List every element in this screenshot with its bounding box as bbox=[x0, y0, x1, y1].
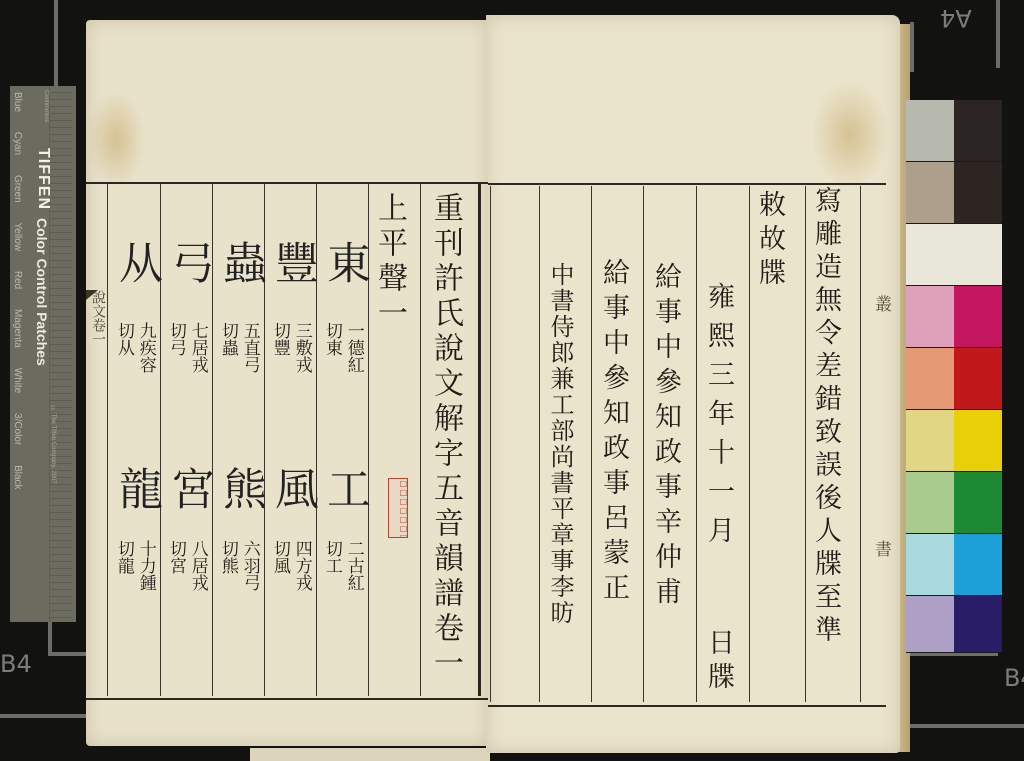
fanqie: 切豐 bbox=[270, 322, 288, 373]
seal-character: 熊 bbox=[218, 466, 262, 510]
text-column: 寫雕造無令差錯致誤後人牒至準 bbox=[812, 186, 839, 648]
column-rule bbox=[420, 184, 421, 696]
seal-character: 東 bbox=[322, 240, 366, 284]
fanqie: 切宮 bbox=[166, 540, 184, 591]
board-guide-line bbox=[0, 714, 86, 718]
label-black: Black bbox=[12, 465, 23, 489]
column-rule bbox=[490, 186, 491, 702]
seal-character: 蟲 bbox=[218, 240, 262, 284]
board-guide-line bbox=[906, 724, 1024, 728]
fanqie: 切蟲 bbox=[218, 322, 236, 373]
gloss: 九疾容 切从 bbox=[114, 322, 154, 373]
board-guide-line bbox=[996, 0, 1000, 68]
fanqie: 切風 bbox=[270, 540, 288, 591]
gloss: 三敷戎 切豐 bbox=[270, 322, 310, 373]
gloss: 七居戎 切弓 bbox=[166, 322, 206, 373]
patch-light-blue bbox=[906, 596, 954, 653]
board-guide-line bbox=[54, 0, 58, 90]
strip-color-labels: Blue Cyan Green Yellow Red Magenta White… bbox=[12, 92, 23, 490]
seal-character: 宮 bbox=[166, 466, 210, 510]
strip-title: Color Control Patches bbox=[34, 218, 50, 366]
fanqie: 切弓 bbox=[166, 322, 184, 373]
color-patch-card bbox=[906, 100, 1002, 652]
patch-yellow bbox=[954, 410, 1002, 472]
patch-light-cyan bbox=[906, 534, 954, 596]
fanqie: 切熊 bbox=[218, 540, 236, 591]
board-guide-line bbox=[48, 620, 52, 656]
reading: 十力鍾 bbox=[136, 540, 154, 591]
patch-light-magenta bbox=[906, 286, 954, 348]
patch-white bbox=[906, 224, 1002, 286]
gloss: 二古紅 切工 bbox=[322, 540, 362, 591]
patch-light-gray bbox=[906, 100, 954, 162]
patch-magenta bbox=[954, 286, 1002, 348]
seal-character: 弓 bbox=[166, 240, 210, 284]
book-title: 重刊許氏說文解字五音韻譜卷一 bbox=[430, 192, 460, 682]
label-3color: 3/Color bbox=[12, 413, 23, 445]
patch-dark-brown bbox=[954, 162, 1002, 224]
fanqie: 切龍 bbox=[114, 540, 132, 591]
gloss: 八居戎 切宮 bbox=[166, 540, 206, 591]
reading: 三敷戎 bbox=[292, 322, 310, 373]
column-rule bbox=[643, 186, 644, 702]
patch-tan bbox=[906, 162, 954, 224]
board-label-b4-left: B4 bbox=[0, 650, 32, 678]
margin-title: 說文卷一 bbox=[88, 290, 108, 346]
signatory-2: 給事中參知政事呂蒙正 bbox=[600, 258, 627, 608]
gloss: 五直弓 切蟲 bbox=[218, 322, 258, 373]
patch-green bbox=[954, 472, 1002, 534]
reading: 二古紅 bbox=[344, 540, 362, 591]
edge-mark: 叢 bbox=[872, 295, 889, 313]
seal-character: 从 bbox=[114, 240, 158, 284]
fanqie: 切工 bbox=[322, 540, 340, 591]
label-white: White bbox=[12, 368, 23, 394]
patch-cyan bbox=[954, 534, 1002, 596]
column-rule bbox=[107, 184, 108, 696]
water-stain bbox=[86, 90, 146, 190]
page-border-rule bbox=[478, 184, 481, 696]
seal-character: 龍 bbox=[114, 466, 158, 510]
collector-seal: □□□□□□□□ bbox=[388, 478, 408, 538]
edge-mark: 書 bbox=[872, 540, 889, 558]
column-rule bbox=[860, 186, 861, 702]
seal-character: 工 bbox=[322, 466, 366, 510]
column-rule bbox=[696, 186, 697, 702]
reading: 四方戎 bbox=[292, 540, 310, 591]
board-label-b4-right: B4 bbox=[1004, 664, 1024, 692]
date-column: 雍熙三年十一月 bbox=[705, 282, 732, 555]
signatory-3: 中書侍郎兼工部尚書平章事李昉 bbox=[548, 262, 572, 626]
gloss: 十力鍾 切龍 bbox=[114, 540, 154, 591]
patch-light-green bbox=[906, 472, 954, 534]
label-green: Green bbox=[12, 175, 23, 203]
paper-slip bbox=[250, 748, 490, 761]
fanqie: 切从 bbox=[114, 322, 132, 373]
column-rule bbox=[805, 186, 806, 702]
ruler-units-label: Centimeters bbox=[43, 90, 49, 122]
date-suffix: 日牒 bbox=[705, 628, 732, 696]
reading: 五直弓 bbox=[240, 322, 258, 373]
patch-light-yellow bbox=[906, 410, 954, 472]
patch-dark-gray bbox=[954, 100, 1002, 162]
column-rule bbox=[749, 186, 750, 702]
column-rule bbox=[591, 186, 592, 702]
reading: 一德紅 bbox=[344, 322, 362, 373]
tiffen-logo: TIFFEN bbox=[34, 148, 52, 210]
ruler-scale bbox=[49, 86, 72, 622]
gloss: 一德紅 切東 bbox=[322, 322, 362, 373]
label-cyan: Cyan bbox=[12, 132, 23, 155]
tiffen-color-strip: Centimeters TIFFEN Color Control Patches… bbox=[10, 86, 76, 622]
patch-blue bbox=[954, 596, 1002, 653]
patch-light-red bbox=[906, 348, 954, 410]
fanqie: 切東 bbox=[322, 322, 340, 373]
water-stain bbox=[810, 80, 890, 190]
seal-character: 風 bbox=[270, 466, 314, 510]
patch-red bbox=[954, 348, 1002, 410]
signatory-1: 給事中參知政事辛仲甫 bbox=[652, 262, 679, 612]
gloss: 四方戎 切風 bbox=[270, 540, 310, 591]
seal-character: 豐 bbox=[270, 240, 314, 284]
reading: 七居戎 bbox=[188, 322, 206, 373]
label-yellow: Yellow bbox=[12, 223, 23, 252]
text-column: 敕故牒 bbox=[756, 190, 783, 292]
board-guide-line bbox=[48, 652, 86, 656]
label-red: Red bbox=[12, 271, 23, 289]
strip-copyright: © The Tiffen Company, 2007 bbox=[50, 406, 56, 484]
section-heading: 上平聲一 bbox=[374, 192, 404, 332]
board-label-a4: A4 bbox=[940, 4, 972, 32]
gloss: 六羽弓 切熊 bbox=[218, 540, 258, 591]
reading: 九疾容 bbox=[136, 322, 154, 373]
column-rule bbox=[539, 186, 540, 702]
label-blue: Blue bbox=[12, 92, 23, 112]
reading: 八居戎 bbox=[188, 540, 206, 591]
board-guide-line bbox=[910, 22, 914, 72]
reading: 六羽弓 bbox=[240, 540, 258, 591]
label-magenta: Magenta bbox=[12, 309, 23, 348]
